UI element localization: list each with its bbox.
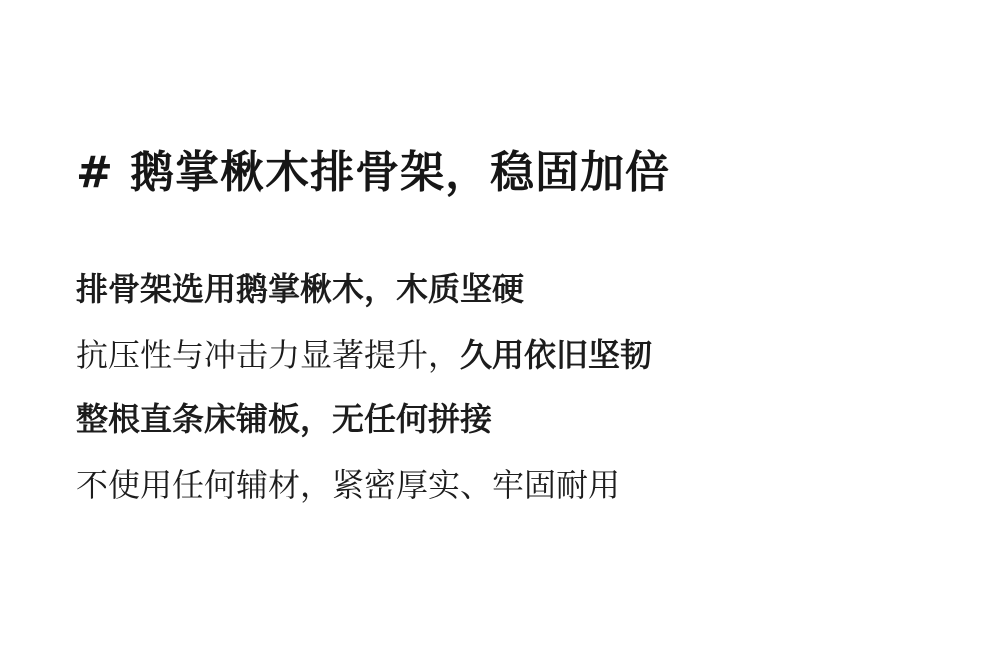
feature-text-normal: 不使用任何辅材，紧密厚实、牢固耐用 xyxy=(76,466,620,504)
feature-line-2: 抗压性与冲击力显著提升，久用依旧坚韧 xyxy=(76,334,652,376)
feature-text-bold: 久用依旧坚韧 xyxy=(460,336,652,374)
feature-text-normal: 抗压性与冲击力显著提升， xyxy=(76,336,460,374)
section-heading: # 鹅掌楸木排骨架，稳固加倍 xyxy=(76,145,670,201)
feature-text-bold: 整根直条床铺板，无任何拼接 xyxy=(76,400,492,438)
feature-line-1: 排骨架选用鹅掌楸木，木质坚硬 xyxy=(76,268,524,310)
feature-line-4: 不使用任何辅材，紧密厚实、牢固耐用 xyxy=(76,464,620,506)
feature-text-bold: 排骨架选用鹅掌楸木，木质坚硬 xyxy=(76,270,524,308)
feature-line-3: 整根直条床铺板，无任何拼接 xyxy=(76,398,492,440)
